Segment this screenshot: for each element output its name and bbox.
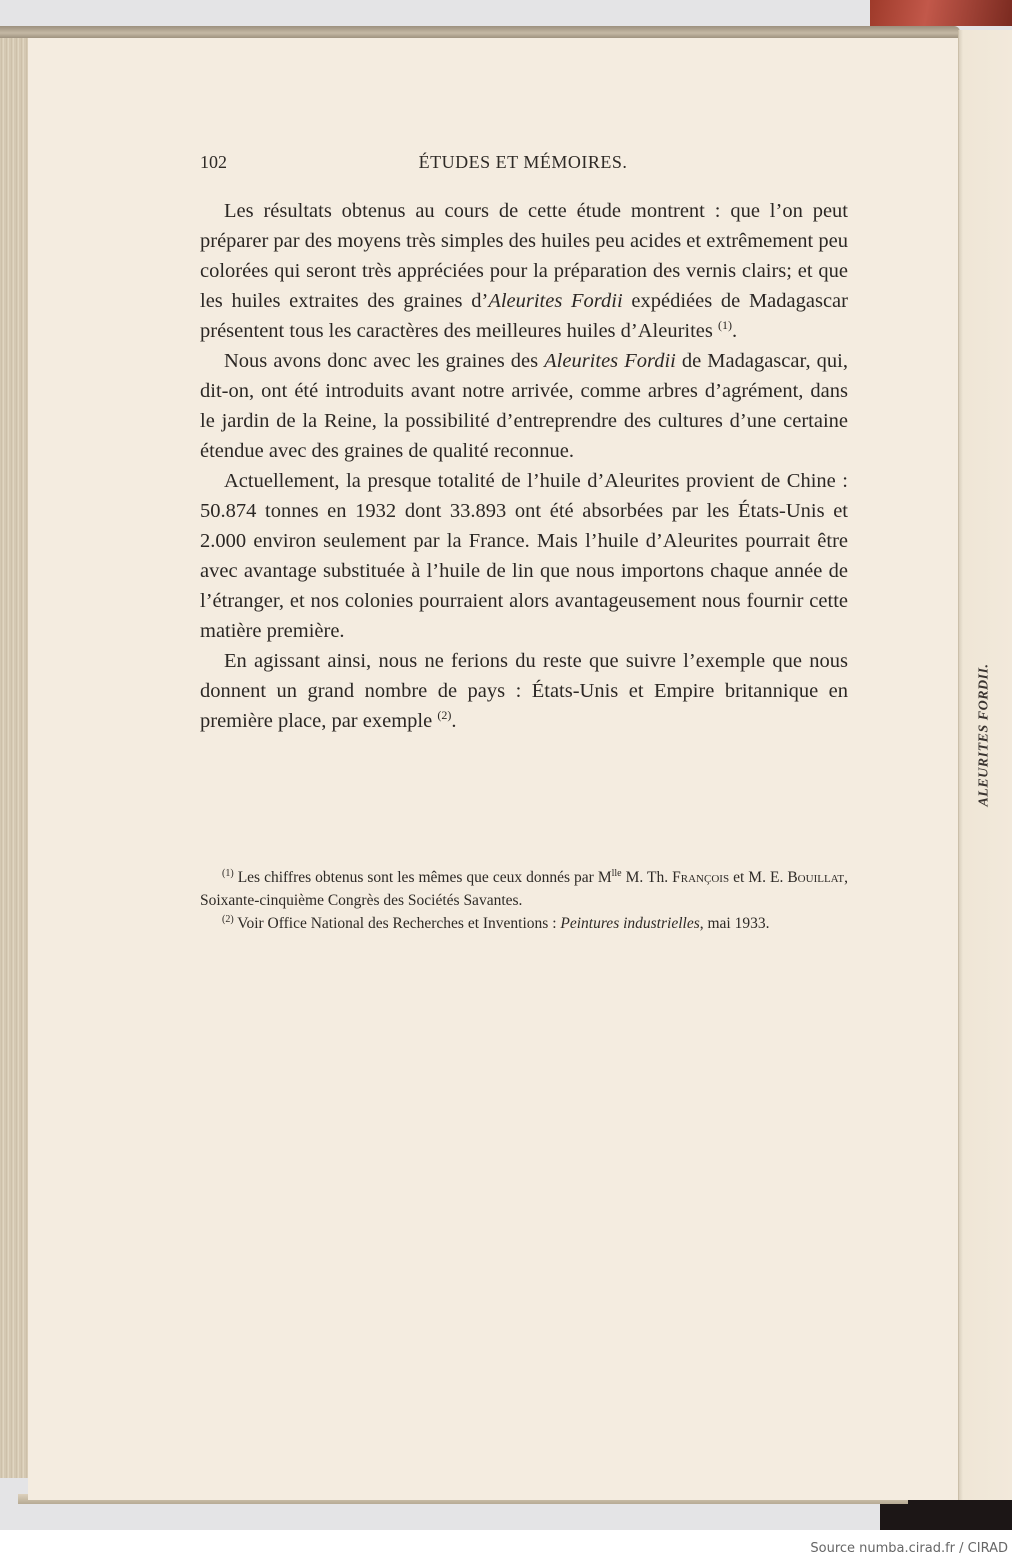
book-cover-top	[870, 0, 1012, 26]
paragraph: En agissant ainsi, nous ne ferions du re…	[200, 646, 848, 736]
paragraph: Les résultats obtenus au cours de cette …	[200, 196, 848, 346]
footnote: (1) Les chiffres obtenus sont les mêmes …	[200, 866, 848, 912]
paragraph: Actuellement, la presque totalité de l’h…	[200, 466, 848, 646]
footnote: (2) Voir Office National des Recherches …	[200, 912, 848, 935]
header-title: ÉTUDES ET MÉMOIRES.	[200, 152, 846, 173]
paragraph: Nous avons donc avec les graines des Ale…	[200, 346, 848, 466]
source-credit: Source numba.cirad.fr / CIRAD	[810, 1541, 1008, 1556]
spine-title-text: ALEURITES FORDII.	[977, 663, 993, 806]
body-text: Les résultats obtenus au cours de cette …	[200, 196, 848, 736]
footnotes: (1) Les chiffres obtenus sont les mêmes …	[200, 866, 848, 935]
book-page-edges	[0, 38, 30, 1478]
spine-title: ALEURITES FORDII.	[958, 640, 1012, 830]
running-head: 102 ÉTUDES ET MÉMOIRES.	[200, 152, 846, 176]
